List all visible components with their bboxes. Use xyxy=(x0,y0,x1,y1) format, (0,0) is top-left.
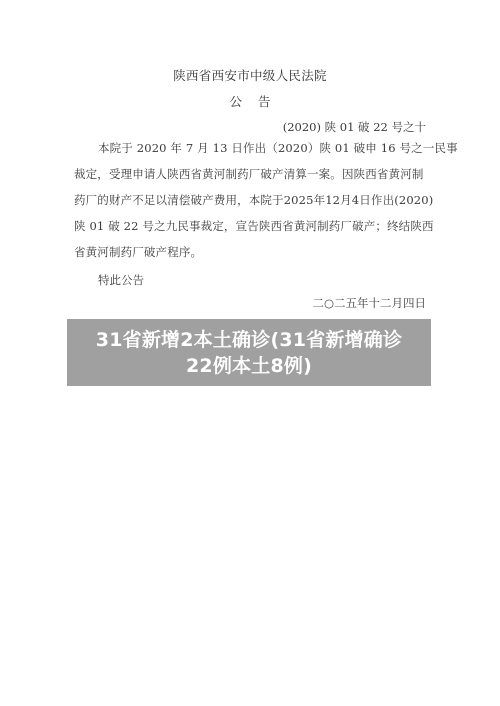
headline-line-1: 31省新增2本土确诊(31省新增确诊 xyxy=(96,327,402,353)
case-number: (2020) 陕 01 破 22 号之十 xyxy=(283,119,426,135)
notice-date: 二○二五年十二月四日 xyxy=(312,295,426,311)
court-title: 陕西省西安市中级人民法院 xyxy=(74,66,426,84)
headline-line-2: 22例本土8例) xyxy=(186,353,312,379)
notice-heading-char-1: 公 xyxy=(229,94,242,109)
notice-heading-char-2: 告 xyxy=(258,94,271,109)
body-line-2: 裁定，受理申请人陕西省黄河制药厂破产清算一案。因陕西省黄河制 xyxy=(74,166,426,182)
body-line-1: 本院于 2020 年 7 月 13 日作出（2020）陕 01 破申 16 号之… xyxy=(98,140,426,156)
document-page: 陕西省西安市中级人民法院 公告 (2020) 陕 01 破 22 号之十 本院于… xyxy=(0,0,500,706)
body-line-4: 陕 01 破 22 号之九民事裁定，宣告陕西省黄河制药厂破产；终结陕西 xyxy=(74,218,426,234)
notice-heading: 公告 xyxy=(74,92,426,110)
body-line-5: 省黄河制药厂破产程序。 xyxy=(74,244,426,260)
closing-text: 特此公告 xyxy=(98,272,144,288)
body-line-3: 药厂的财产不足以清偿破产费用，本院于2025年12月4日作出(2020) xyxy=(74,192,426,208)
headline-banner: 31省新增2本土确诊(31省新增确诊 22例本土8例) xyxy=(67,319,431,386)
